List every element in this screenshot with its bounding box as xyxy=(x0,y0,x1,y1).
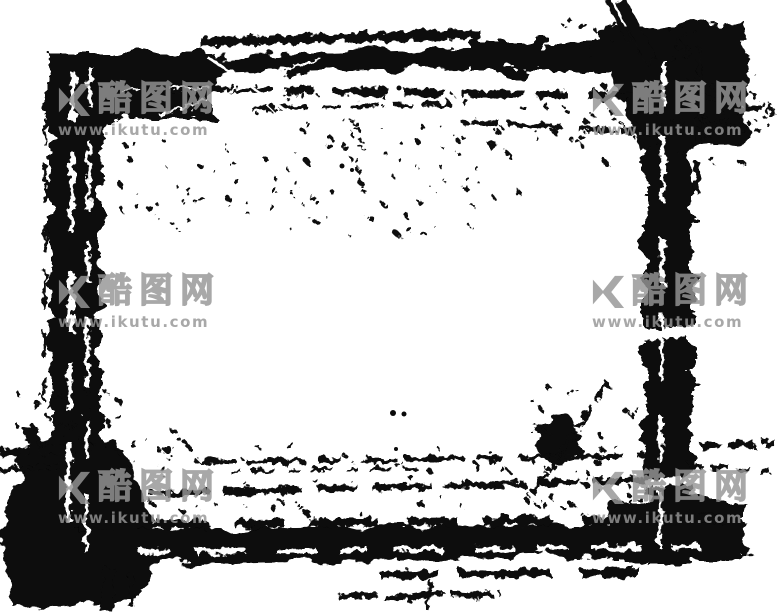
canvas: 酷图网 www.ikutu.com 酷图网 www.ikutu.com 酷图网 … xyxy=(0,0,777,614)
grunge-frame-artwork xyxy=(0,0,777,614)
accent-dots xyxy=(340,86,407,452)
